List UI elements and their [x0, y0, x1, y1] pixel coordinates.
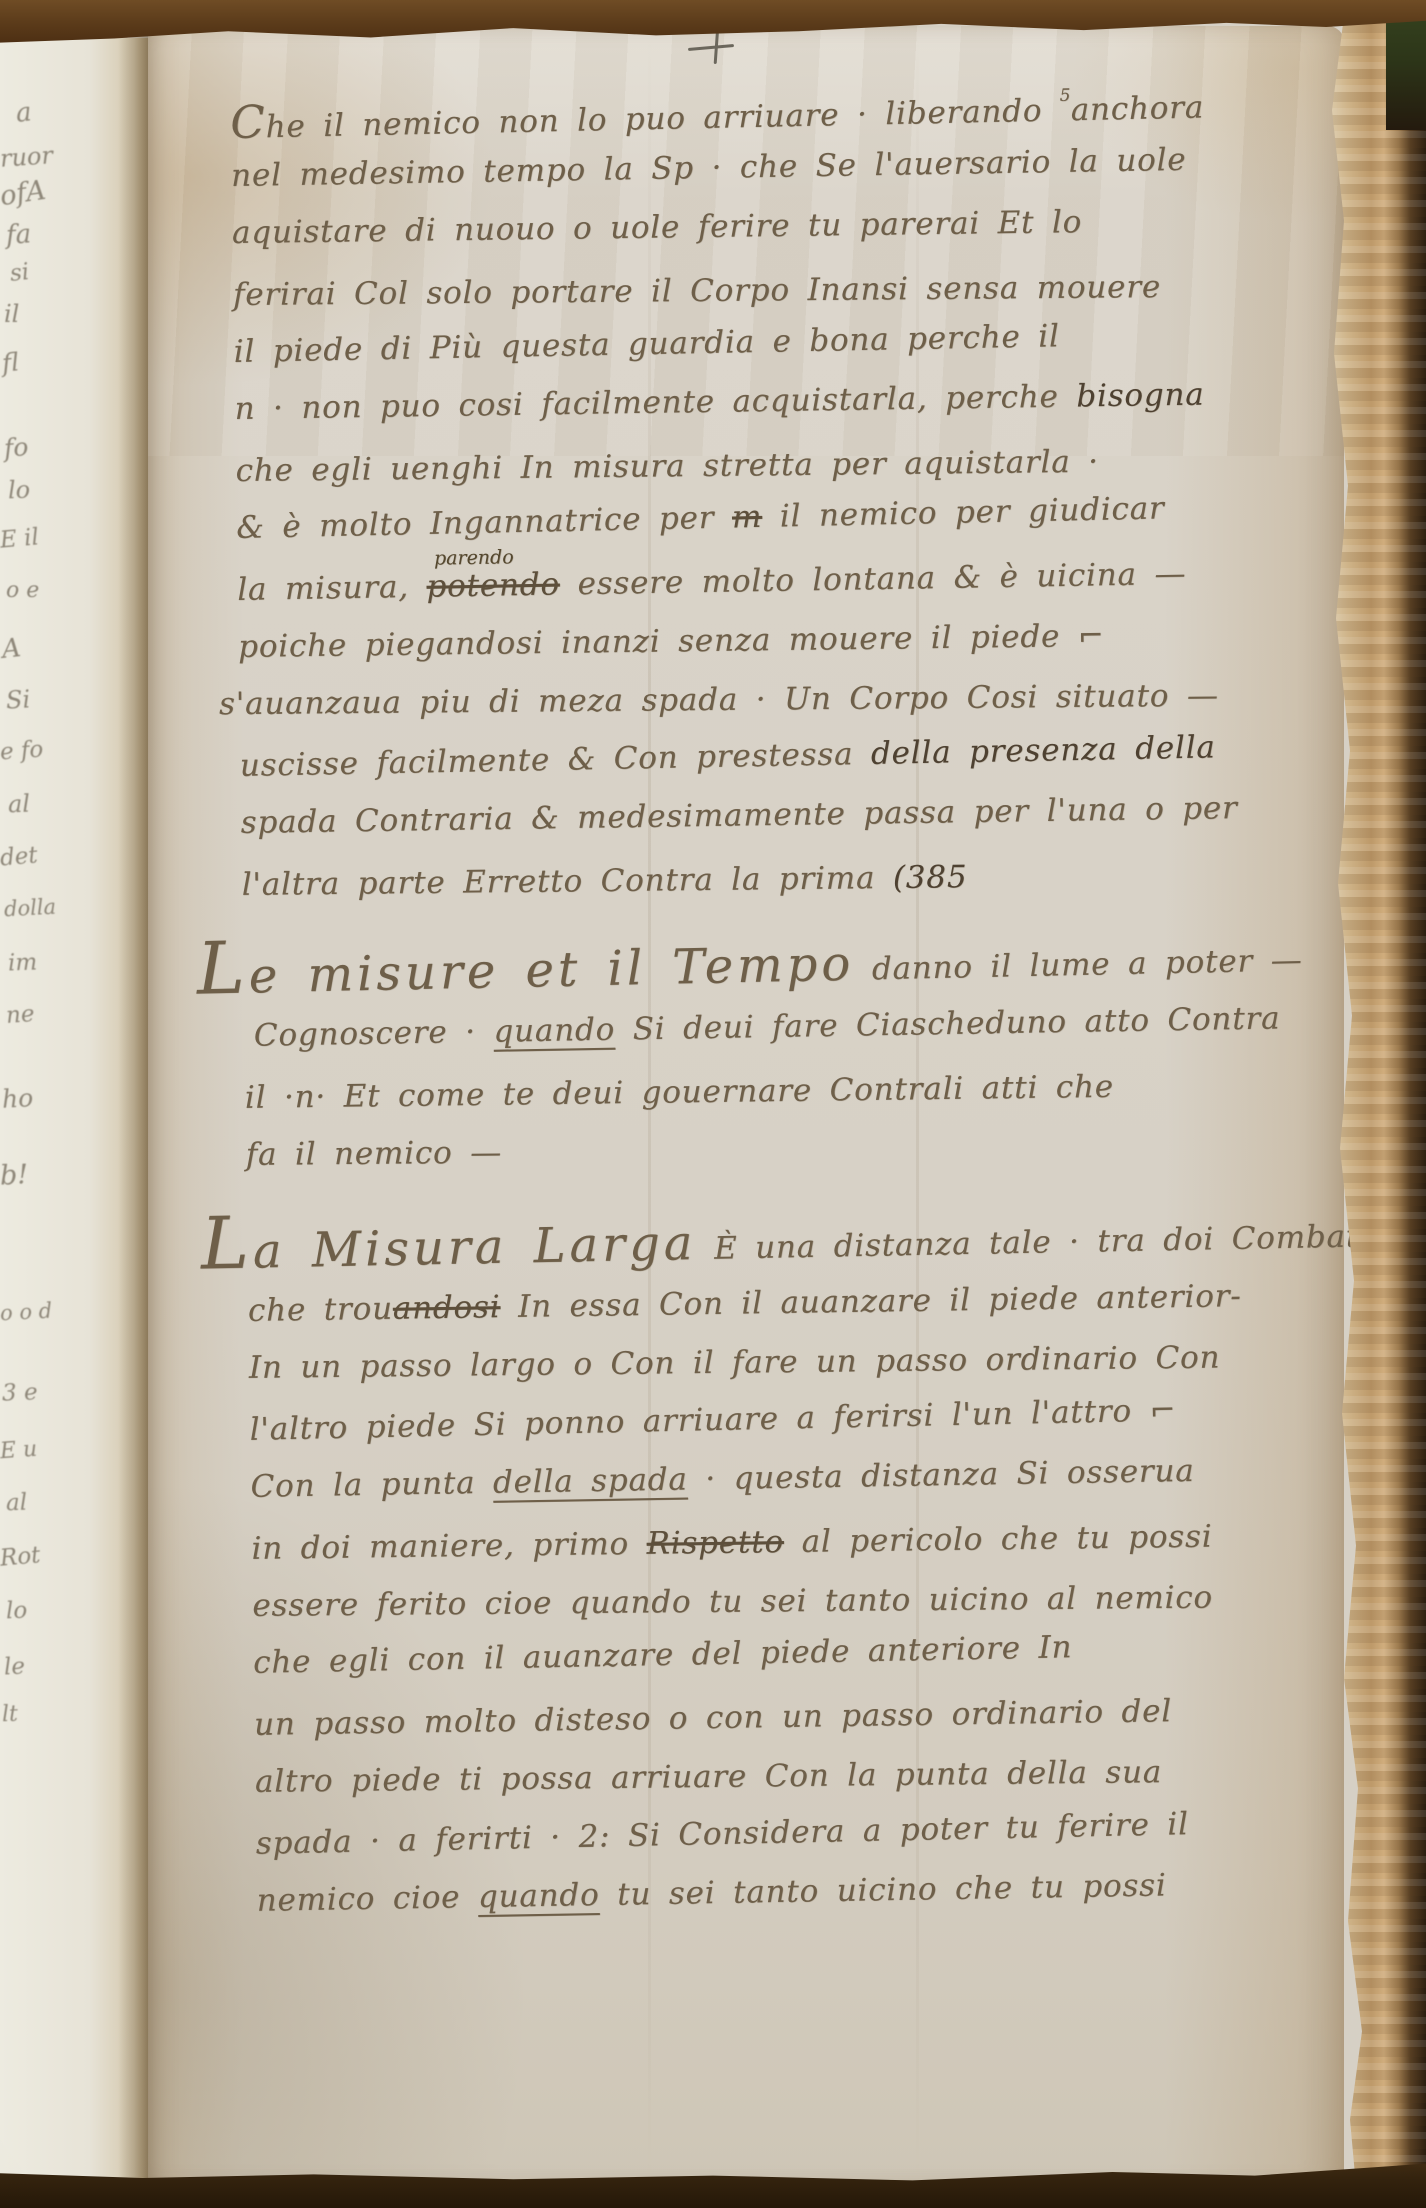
line-segment: della presenza della — [871, 729, 1216, 772]
line-segment: anchora — [1070, 89, 1204, 128]
line-segment: La Misura Larga — [201, 1215, 697, 1280]
struck-word: Rispetto — [646, 1524, 784, 1562]
manuscript-line: fa il nemico — — [246, 1128, 1256, 1196]
facing-page-text-fragment: fo — [3, 432, 29, 463]
line-segment: essere molto lontana & è uicina — — [560, 556, 1187, 603]
facing-page-text-fragment: si — [9, 259, 31, 287]
facing-page-text-fragment: ruor — [0, 141, 54, 173]
manuscript-line: in doi maniere, primo Rispetto al perico… — [251, 1518, 1262, 1590]
manuscript-page: Che il nemico non lo puo arriuare · libe… — [148, 26, 1344, 2186]
line-segment: Che il nemico non lo puo arriuare · libe… — [230, 92, 1060, 146]
line-segment: Le misure et il Tempo — [196, 936, 854, 1006]
interlinear-insertion: parendo — [434, 546, 514, 569]
line-segment: danno il lume a poter — — [854, 942, 1303, 987]
line-segment: essere ferito cioe quando tu sei tanto u… — [252, 1580, 1213, 1624]
line-segment: Cognoscere · — [254, 1014, 494, 1054]
struck-word: andosi — [393, 1289, 501, 1327]
facing-page-text-fragment: E u — [0, 1437, 38, 1465]
facing-page-text-fragment: dolla — [3, 895, 56, 922]
facing-page-text-fragment: fa — [5, 219, 32, 250]
line-segment: · questa distanza Si osserua — [687, 1453, 1195, 1498]
line-segment: ferirai Col solo portare il Corpo Inansi… — [233, 269, 1161, 313]
facing-page-text-fragment: al — [8, 790, 31, 819]
manuscript-line: aquistare di nuouo o uole ferire tu pare… — [232, 202, 1243, 274]
line-segment: nemico cioe — [256, 1879, 478, 1919]
facing-page-text-fragment: im — [8, 949, 38, 976]
facing-page-text-fragment: o o d — [0, 1299, 53, 1326]
facing-page-text-fragment: al — [6, 1490, 28, 1517]
line-segment: bisogna — [1076, 377, 1205, 415]
manuscript-line: l'altra parte Erretto Contra la prima (3… — [242, 856, 1253, 926]
facing-page-text-fragment: e fo — [0, 737, 44, 766]
facing-page-text-fragment: A — [0, 633, 22, 665]
facing-page-text-fragment: lo — [8, 476, 31, 505]
line-segment: il ·n· Et come te deui gouernare Contral… — [245, 1069, 1114, 1116]
cross-mark-stroke — [688, 44, 734, 51]
facing-page-text-fragment: Rot — [0, 1542, 41, 1571]
line-segment: in doi maniere, primo — [251, 1526, 647, 1567]
struck-word: potendo — [426, 566, 560, 604]
line-segment: quando — [478, 1877, 600, 1915]
facing-page-text-fragment: ne — [5, 1001, 35, 1029]
facing-page-text-fragment: o e — [6, 578, 39, 603]
manuscript-photo: aruorofAfasiilflfoloE ilo eASie foaldetd… — [0, 0, 1426, 2208]
line-segment: Con la punta — [250, 1465, 493, 1505]
facing-page-text-fragment: b! — [0, 1160, 29, 1192]
line-segment: al pericolo che tu possi — [784, 1519, 1213, 1560]
facing-page-text-fragment: ofA — [0, 175, 48, 212]
facing-page-text-fragment: a — [15, 97, 33, 128]
line-segment: la misura, — [237, 569, 427, 608]
line-segment: l'altra parte Erretto Contra la prima — [242, 860, 894, 903]
manuscript-line: il ·n· Et come te deui gouernare Contral… — [245, 1067, 1256, 1139]
line-segment: È una distanza tale · tra doi Combattent… — [696, 1217, 1426, 1267]
facing-page-text-fragment: Si — [5, 685, 31, 714]
facing-page-text-fragment: lt — [2, 1702, 19, 1728]
manuscript-line: poiche piegandosi inanzi senza mouere il… — [238, 616, 1249, 688]
line-segment: che egli uenghi In misura stretta per aq… — [235, 444, 1099, 489]
struck-word: m — [732, 499, 763, 536]
line-segment: il nemico per giudicar — [762, 490, 1165, 534]
text-block: Che il nemico non lo puo arriuare · libe… — [230, 83, 1267, 1942]
line-segment: quando — [493, 1012, 615, 1050]
line-segment: (385 — [893, 859, 968, 896]
facing-page-text-fragment: E il — [0, 524, 40, 553]
facing-page-text-fragment: 3 e — [2, 1379, 38, 1406]
line-segment: s'auanzaua piu di meza spada · Un Corpo … — [219, 678, 1219, 723]
facing-page-text-fragment: det — [0, 842, 39, 871]
facing-page-text-fragment: ho — [1, 1083, 34, 1114]
line-segment: fa il nemico — — [246, 1135, 503, 1173]
line-segment: parendopotendo — [426, 566, 560, 604]
facing-page-text-fragment: fl — [1, 347, 20, 377]
facing-page-text-fragment: le — [3, 1653, 25, 1680]
line-segment: della spada — [493, 1461, 688, 1500]
line-segment: che trou — [248, 1291, 393, 1329]
facing-page-text-fragment: il — [4, 300, 19, 328]
facing-page-text-fragment: lo — [6, 1598, 28, 1625]
